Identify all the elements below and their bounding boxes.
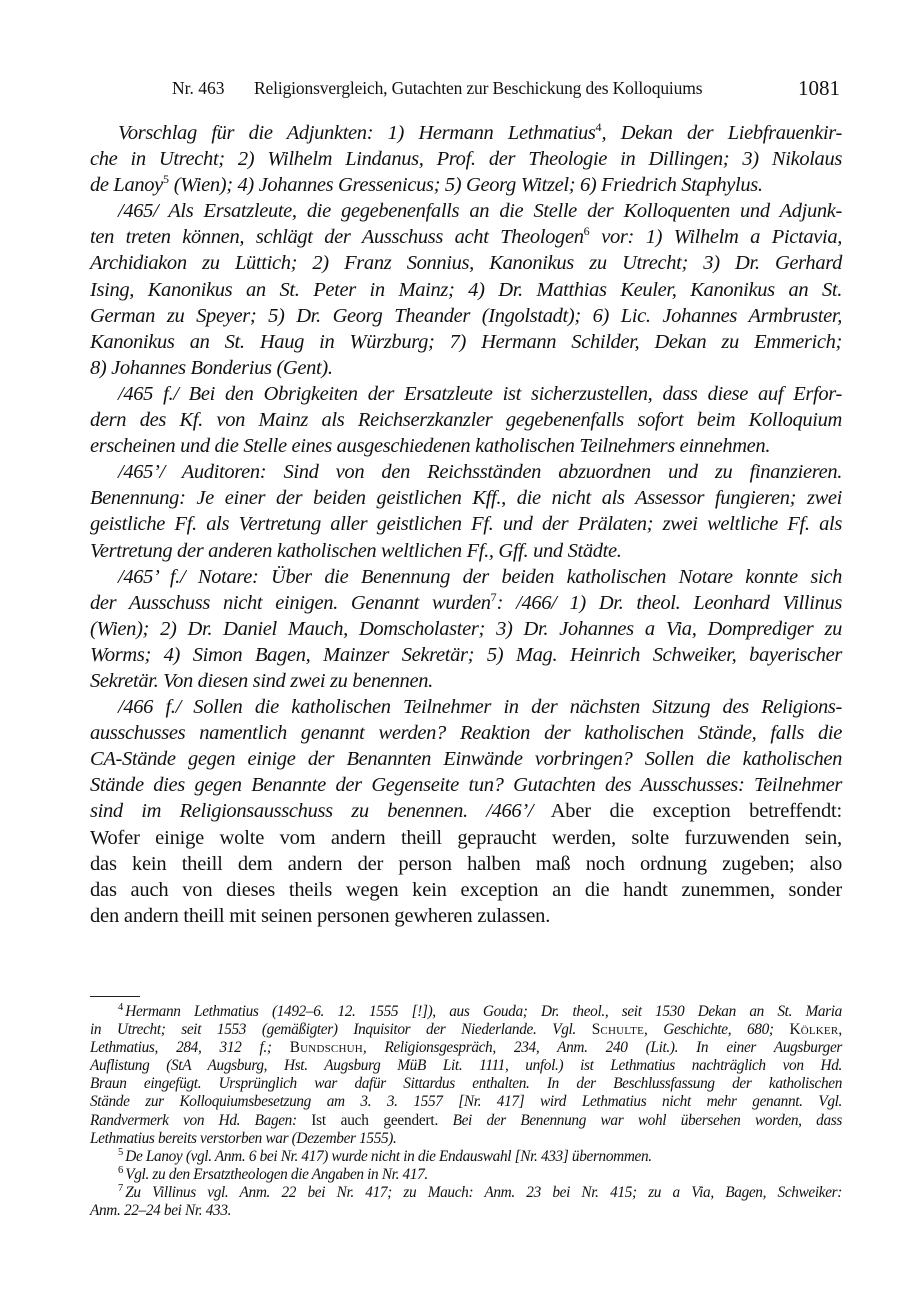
text-line: Vorschlag für die Adjunkten: 1) Hermann …	[90, 120, 842, 146]
text-line: Wofer einige wolte vom andern theill gep…	[90, 825, 842, 851]
footnote-line: Lethmatius, 284, 312 f.; Bundschuh, Reli…	[90, 1039, 842, 1057]
text-line: (Wien); 2) Dr. Daniel Mauch, Domscholast…	[90, 616, 842, 642]
text-span: Wofer einige wolte vom andern theill gep…	[90, 827, 842, 849]
footnote-line: Anm. 22–24 bei Nr. 433.	[90, 1202, 842, 1220]
footnote-line: 6Vgl. zu den Ersatztheologen die Angaben…	[90, 1166, 842, 1184]
text-span: Braun eingefügt. Ursprünglich war dafür …	[90, 1075, 842, 1092]
text-line: Vertretung der anderen katholischen welt…	[90, 538, 842, 564]
text-line: che in Utrecht; 2) Wilhelm Lindanus, Pro…	[90, 146, 842, 172]
footnote-separator	[90, 996, 140, 997]
footnote-line: 5De Lanoy (vgl. Anm. 6 bei Nr. 417) wurd…	[90, 1148, 842, 1166]
text-line: /465/ Als Ersatzleute, die gegebenenfall…	[90, 198, 842, 224]
text-span: Auflistung (StA Augsburg, Hst. Augsburg …	[90, 1057, 842, 1074]
footnote-line: in Utrecht; seit 1553 (gemäßigter) Inqui…	[90, 1021, 842, 1039]
text-span: dern des Kf. von Mainz als Reichserzkanz…	[90, 409, 842, 431]
text-span: Sekretär. Von diesen sind zwei zu benenn…	[90, 670, 433, 692]
text-span: ten treten können, schlägt der Ausschuss…	[90, 226, 584, 248]
text-span: Anm. 22–24 bei Nr. 433.	[90, 1202, 231, 1219]
text-span: : /466/ 1) Dr. theol. Leonhard Villinus	[497, 592, 842, 614]
text-span: Stände zur Kolloquiumsbesetzung am 3. 3.…	[90, 1093, 842, 1110]
text-span: den andern theill mit seinen personen ge…	[90, 905, 550, 927]
text-span: geistliche Ff. als Vertretung aller geis…	[90, 513, 842, 535]
footnote-line: Braun eingefügt. Ursprünglich war dafür …	[90, 1075, 842, 1093]
text-span: erscheinen und die Stelle eines ausgesch…	[90, 435, 770, 457]
text-span: Benennung: Je einer der beiden geistlich…	[90, 487, 842, 509]
text-span: Vgl. zu den Ersatztheologen die Angaben …	[125, 1166, 428, 1183]
text-span: , Geschichte, 680;	[644, 1021, 789, 1038]
text-line: Worms; 4) Simon Bagen, Mainzer Sekretär;…	[90, 642, 842, 668]
text-span: Schulte	[592, 1021, 644, 1038]
text-line: ten treten können, schlägt der Ausschuss…	[90, 224, 842, 250]
text-span: , Religionsgespräch, 234, Anm. 240 (Lit.…	[363, 1039, 842, 1056]
text-span: /465’/ Auditoren: Sind von den Reichsstä…	[118, 461, 842, 483]
footnote-line: 7Zu Villinus vgl. Anm. 22 bei Nr. 417; z…	[90, 1184, 842, 1202]
text-span: German zu Speyer; 5) Dr. Georg Theander …	[90, 305, 842, 327]
text-line: das kein theill dem andern der person ha…	[90, 851, 842, 877]
text-span: in Utrecht; seit 1553 (gemäßigter) Inqui…	[90, 1021, 592, 1038]
footnote-number: 5	[118, 1147, 123, 1158]
footnote-number: 6	[118, 1165, 123, 1176]
text-span: der Ausschuss nicht einigen. Genannt wur…	[90, 592, 491, 614]
text-line: Benennung: Je einer der beiden geistlich…	[90, 485, 842, 511]
text-span: (Wien); 2) Dr. Daniel Mauch, Domscholast…	[90, 618, 842, 640]
text-span: Bundschuh	[290, 1039, 363, 1056]
text-span: Aber die exception betreffendt:	[533, 800, 842, 822]
text-line: geistliche Ff. als Vertretung aller geis…	[90, 511, 842, 537]
text-line: Kanonikus an St. Haug in Würzburg; 7) He…	[90, 329, 842, 355]
text-span: de Lanoy	[90, 174, 163, 196]
footnote-line: Randvermerk von Hd. Bagen: Ist auch geen…	[90, 1112, 842, 1130]
text-span: /465/ Als Ersatzleute, die gegebenenfall…	[118, 200, 842, 222]
text-span: Hermann Lethmatius (1492–6. 12. 1555 [!]…	[125, 1003, 842, 1020]
text-line: German zu Speyer; 5) Dr. Georg Theander …	[90, 303, 842, 329]
text-line: Archidiakon zu Lüttich; 2) Franz Sonnius…	[90, 250, 842, 276]
text-line: /465’ f./ Notare: Über die Benennung der…	[90, 564, 842, 590]
footnote-line: Stände zur Kolloquiumsbesetzung am 3. 3.…	[90, 1093, 842, 1111]
text-span: ,	[838, 1021, 842, 1038]
text-span: vor: 1) Wilhelm a Pictavia,	[590, 226, 842, 248]
text-line: das auch von dieses theils wegen kein ex…	[90, 877, 842, 903]
text-span: /466 f./ Sollen die katholischen Teilneh…	[118, 696, 842, 718]
document-number: Nr. 463	[172, 78, 225, 99]
text-span: Ising, Kanonikus an St. Peter in Mainz; …	[90, 279, 842, 301]
text-line: der Ausschuss nicht einigen. Genannt wur…	[90, 590, 842, 616]
text-span: De Lanoy (vgl. Anm. 6 bei Nr. 417) wurde…	[125, 1148, 652, 1165]
footnote-number: 4	[118, 1002, 123, 1013]
text-line: den andern theill mit seinen personen ge…	[90, 903, 842, 929]
text-line: de Lanoy5 (Wien); 4) Johannes Gressenicu…	[90, 172, 842, 198]
text-line: sind im Religionsausschuss zu benennen. …	[90, 798, 842, 824]
text-line: 8) Johannes Bonderius (Gent).	[90, 355, 842, 381]
text-line: /465’/ Auditoren: Sind von den Reichsstä…	[90, 459, 842, 485]
footnotes: 4Hermann Lethmatius (1492–6. 12. 1555 [!…	[90, 1003, 842, 1220]
text-span: Kölker	[789, 1021, 838, 1038]
text-span: Kanonikus an St. Haug in Würzburg; 7) He…	[90, 331, 842, 353]
text-line: CA-Stände gegen einige der Benannten Ein…	[90, 746, 842, 772]
text-span: Archidiakon zu Lüttich; 2) Franz Sonnius…	[90, 252, 842, 274]
footnote-line: Auflistung (StA Augsburg, Hst. Augsburg …	[90, 1057, 842, 1075]
text-span: Lethmatius, 284, 312 f.;	[90, 1039, 290, 1056]
text-span: Stände dies gegen Benannte der Gegenseit…	[90, 774, 842, 796]
footnote-number: 7	[118, 1183, 123, 1194]
text-line: erscheinen und die Stelle eines ausgesch…	[90, 433, 842, 459]
text-span: Bei der Benennung war wohl übersehen wor…	[438, 1112, 842, 1129]
text-span: /465’ f./ Notare: Über die Benennung der…	[118, 566, 842, 588]
text-span: ausschusses namentlich genannt werden? R…	[90, 722, 842, 744]
text-line: Stände dies gegen Benannte der Gegenseit…	[90, 772, 842, 798]
text-span: das kein theill dem andern der person ha…	[90, 853, 842, 875]
text-span: /465 f./ Bei den Obrigkeiten der Ersatzl…	[118, 383, 842, 405]
footnote-line: Lethmatius bereits verstorben war (Dezem…	[90, 1130, 842, 1148]
text-span: Vorschlag für die Adjunkten: 1) Hermann …	[118, 122, 596, 144]
running-header: Nr. 463 Religionsvergleich, Gutachten zu…	[172, 78, 840, 106]
text-span: Worms; 4) Simon Bagen, Mainzer Sekretär;…	[90, 644, 842, 666]
text-span: CA-Stände gegen einige der Benannten Ein…	[90, 748, 842, 770]
text-line: dern des Kf. von Mainz als Reichserzkanz…	[90, 407, 842, 433]
text-span: che in Utrecht; 2) Wilhelm Lindanus, Pro…	[90, 148, 842, 170]
text-span: (Wien); 4) Johannes Gressenicus; 5) Geor…	[169, 174, 763, 196]
text-span: Zu Villinus vgl. Anm. 22 bei Nr. 417; zu…	[125, 1184, 842, 1201]
running-title: Religionsvergleich, Gutachten zur Beschi…	[254, 78, 702, 99]
text-span: sind im Religionsausschuss zu benennen. …	[90, 800, 533, 822]
text-line: /466 f./ Sollen die katholischen Teilneh…	[90, 694, 842, 720]
text-span: Lethmatius bereits verstorben war (Dezem…	[90, 1130, 397, 1147]
page-number: 1081	[798, 76, 840, 101]
text-span: Randvermerk von Hd. Bagen:	[90, 1112, 311, 1129]
main-text: Vorschlag für die Adjunkten: 1) Hermann …	[90, 120, 842, 929]
footnote-line: 4Hermann Lethmatius (1492–6. 12. 1555 [!…	[90, 1003, 842, 1021]
text-span: 8) Johannes Bonderius (Gent).	[90, 357, 333, 379]
text-span: Vertretung der anderen katholischen welt…	[90, 540, 622, 562]
text-line: Sekretär. Von diesen sind zwei zu benenn…	[90, 668, 842, 694]
text-line: ausschusses namentlich genannt werden? R…	[90, 720, 842, 746]
text-span: Ist auch geendert.	[311, 1112, 438, 1129]
text-span: , Dekan der Liebfrauenkir-	[602, 122, 842, 144]
text-line: Ising, Kanonikus an St. Peter in Mainz; …	[90, 277, 842, 303]
text-span: das auch von dieses theils wegen kein ex…	[90, 879, 842, 901]
text-line: /465 f./ Bei den Obrigkeiten der Ersatzl…	[90, 381, 842, 407]
